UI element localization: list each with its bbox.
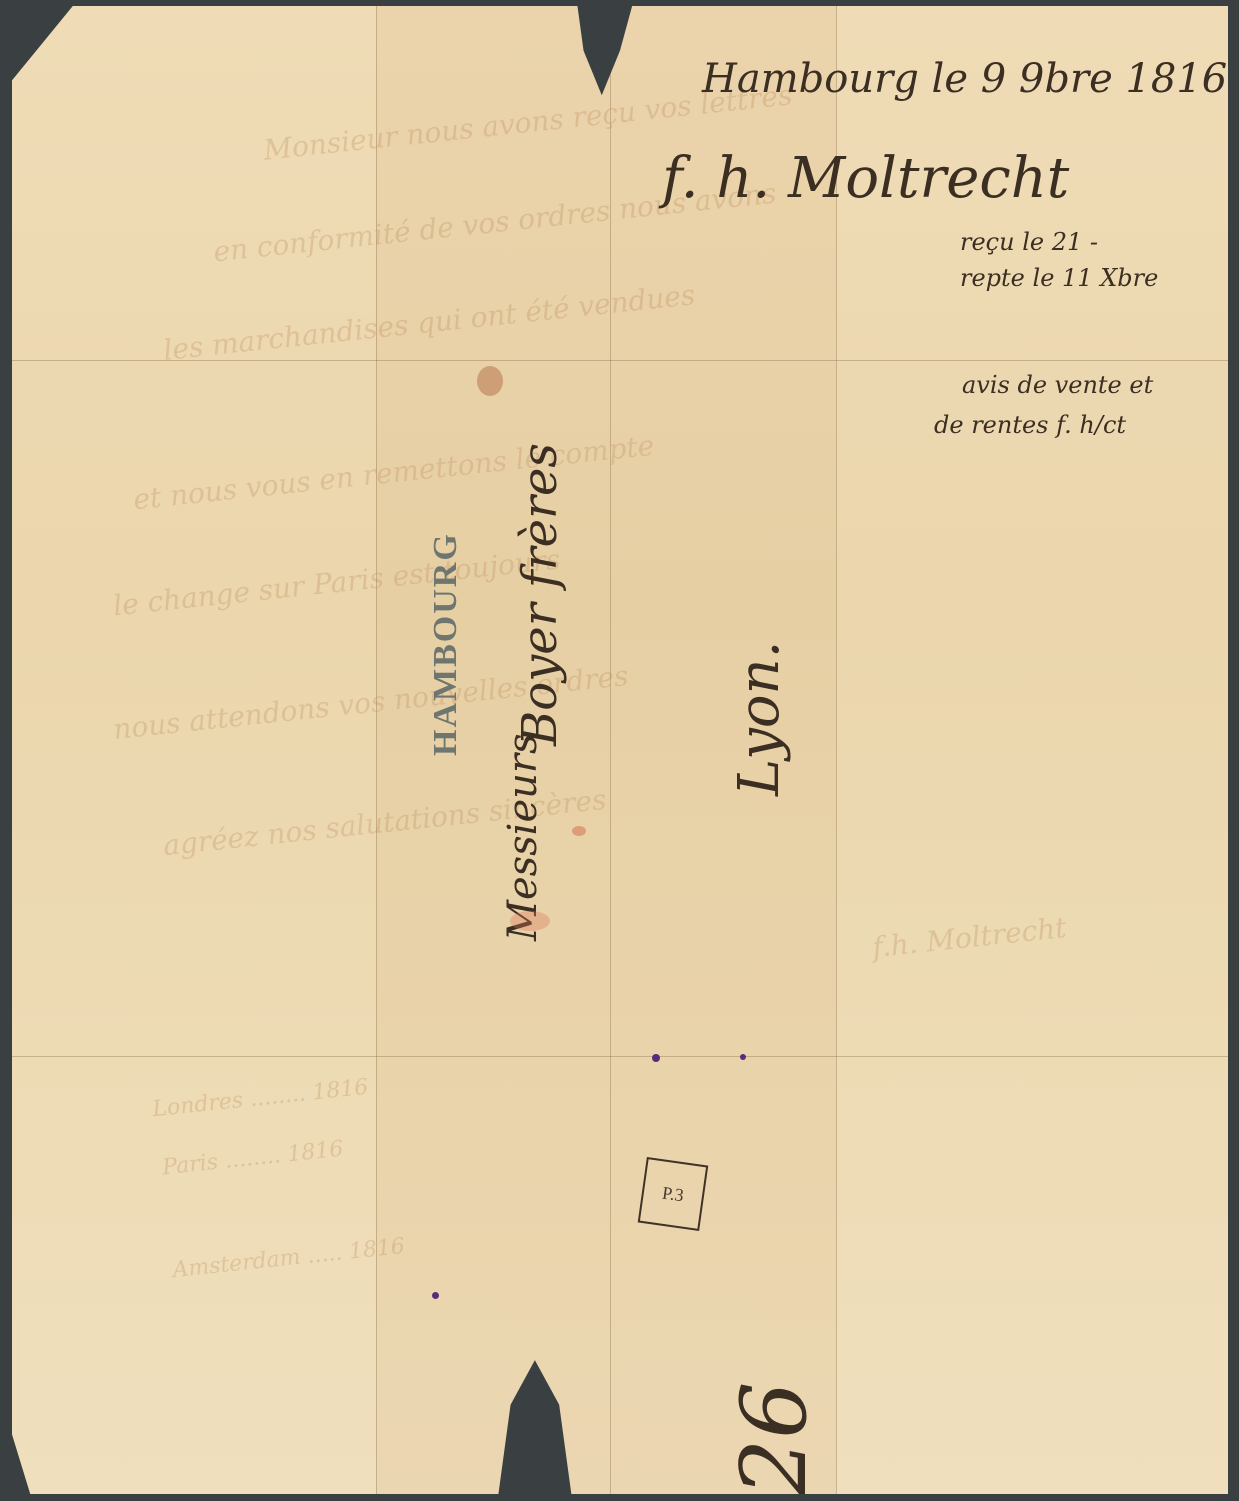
salutation: Messieurs xyxy=(500,733,546,941)
wax-seal-stain xyxy=(477,366,503,396)
fold-line-right xyxy=(836,6,837,1494)
violet-ink-dot xyxy=(432,1292,439,1299)
fold-line-lower xyxy=(12,1056,1228,1057)
note-line-2: de rentes f. h/ct xyxy=(934,411,1126,439)
bleed-through-signature: f.h. Moltrecht xyxy=(871,911,1068,964)
bleed-through-list: Londres ........ 1816 xyxy=(151,1075,369,1123)
violet-ink-dot xyxy=(740,1054,746,1060)
box-stamp-text: P.3 xyxy=(661,1183,685,1206)
note-line-1: avis de vente et xyxy=(962,371,1153,399)
fold-line-center xyxy=(610,6,611,1494)
docket-received: reçu le 21 - xyxy=(960,228,1098,256)
red-mark xyxy=(510,911,550,931)
destination-city: Lyon. xyxy=(727,641,792,796)
letter-sheet: Monsieur nous avons reçu vos lettres en … xyxy=(12,6,1228,1494)
violet-ink-dot xyxy=(652,1054,660,1062)
box-stamp: P.3 xyxy=(638,1157,709,1231)
red-mark xyxy=(572,826,586,836)
sender-name: f. h. Moltrecht xyxy=(662,146,1069,211)
docket-replied: repte le 11 Xbre xyxy=(960,264,1158,292)
hambourg-postmark: HAMBOURG xyxy=(427,532,465,756)
rate-mark: 26 xyxy=(722,1381,827,1496)
bleed-through-list: Amsterdam ..... 1816 xyxy=(171,1234,406,1283)
bleed-through-list: Paris ........ 1816 xyxy=(161,1137,344,1181)
addressee: Boyer frères xyxy=(512,443,568,746)
place-date-heading: Hambourg le 9 9bre 1816 xyxy=(702,56,1227,102)
